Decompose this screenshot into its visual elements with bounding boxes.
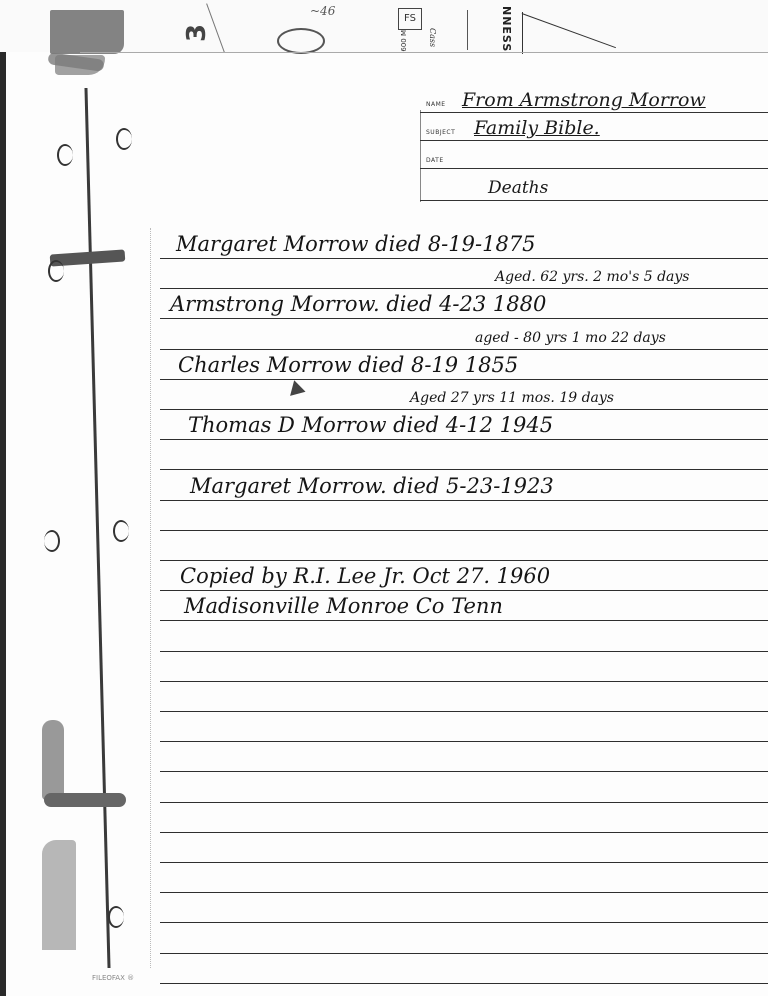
entry-age-line: aged - 80 yrs 1 mo 22 days [475,330,666,346]
date-label: DATE [426,157,444,164]
stamp-small-text: 600 M [400,30,408,52]
punch-hole-icon [57,144,73,166]
ruled-line [160,379,768,380]
binding-clip [44,793,126,807]
section-title: Deaths [488,178,548,198]
entry-line: Armstrong Morrow. died 4-23 1880 [170,292,546,316]
stamp-divider [467,10,468,50]
stamp-italic-text: Cass [428,28,437,47]
punch-hole-icon [116,128,132,150]
section-row: Deaths [420,174,768,201]
ruled-line [160,711,768,712]
vertical-label: NNESS [500,6,513,52]
scan-blot [50,10,124,54]
subject-label: SUBJECT [426,129,455,136]
ruled-line [160,802,768,803]
ruled-line [160,530,768,531]
entry-line: Margaret Morrow died 8-19-1875 [176,232,536,256]
entry-age-line: Aged 27 yrs 11 mos. 19 days [410,390,614,406]
entry-line: Charles Morrow died 8-19 1855 [178,353,518,377]
binding-line [84,88,110,968]
margin-line [150,228,152,968]
name-label: NAME [426,101,446,108]
document-page: 3 ~46 FS 600 M Cass NNESS FILEOFAX ® NAM… [0,0,768,996]
scan-blot [42,720,64,800]
subject-value: Family Bible. [474,117,600,139]
ruled-line [160,892,768,893]
ruled-line [160,620,768,621]
corner-line [522,12,523,54]
ruled-line [160,439,768,440]
ruled-line [160,288,768,289]
name-value: From Armstrong Morrow [462,89,706,111]
date-field: DATE [420,142,768,169]
ruled-line [160,258,768,259]
ruled-line [160,771,768,772]
entry-line: Margaret Morrow. died 5-23-1923 [190,474,554,498]
entry-line: Madisonville Monroe Co Tenn [184,594,503,618]
top-scribble: ~46 [310,4,335,18]
ruled-line [160,681,768,682]
ruled-line [160,953,768,954]
stamp-box: FS [398,8,422,30]
ruled-line [160,862,768,863]
punch-hole-icon [48,260,64,282]
name-field: NAME From Armstrong Morrow [420,86,768,113]
entry-line: Copied by R.I. Lee Jr. Oct 27. 1960 [180,564,550,588]
entry-line: Thomas D Morrow died 4-12 1945 [188,413,553,437]
ruled-line [160,409,768,410]
ruled-line [160,590,768,591]
oval-logo-icon [277,28,325,54]
scan-blot [42,840,76,950]
ruled-line [160,651,768,652]
top-rule [80,52,768,53]
entry-age-line: Aged. 62 yrs. 2 mo's 5 days [495,269,689,285]
tab-number: 3 [182,24,212,42]
ruled-line [160,560,768,561]
ruled-line [160,469,768,470]
ruled-line [160,983,768,984]
ruled-line [160,349,768,350]
ruled-line [160,500,768,501]
punch-hole-icon [44,530,60,552]
scan-smudge [286,378,305,396]
ruled-line [160,318,768,319]
top-strip: 3 ~46 FS 600 M Cass NNESS [0,0,768,52]
brand-mark: FILEOFAX ® [92,974,134,982]
subject-field: SUBJECT Family Bible. [420,114,768,141]
scan-edge [0,0,6,996]
ruled-line [160,832,768,833]
ruled-line [160,922,768,923]
punch-hole-icon [113,520,129,542]
ruled-line [160,741,768,742]
punch-hole-icon [108,906,124,928]
corner-diagonal [522,13,616,48]
